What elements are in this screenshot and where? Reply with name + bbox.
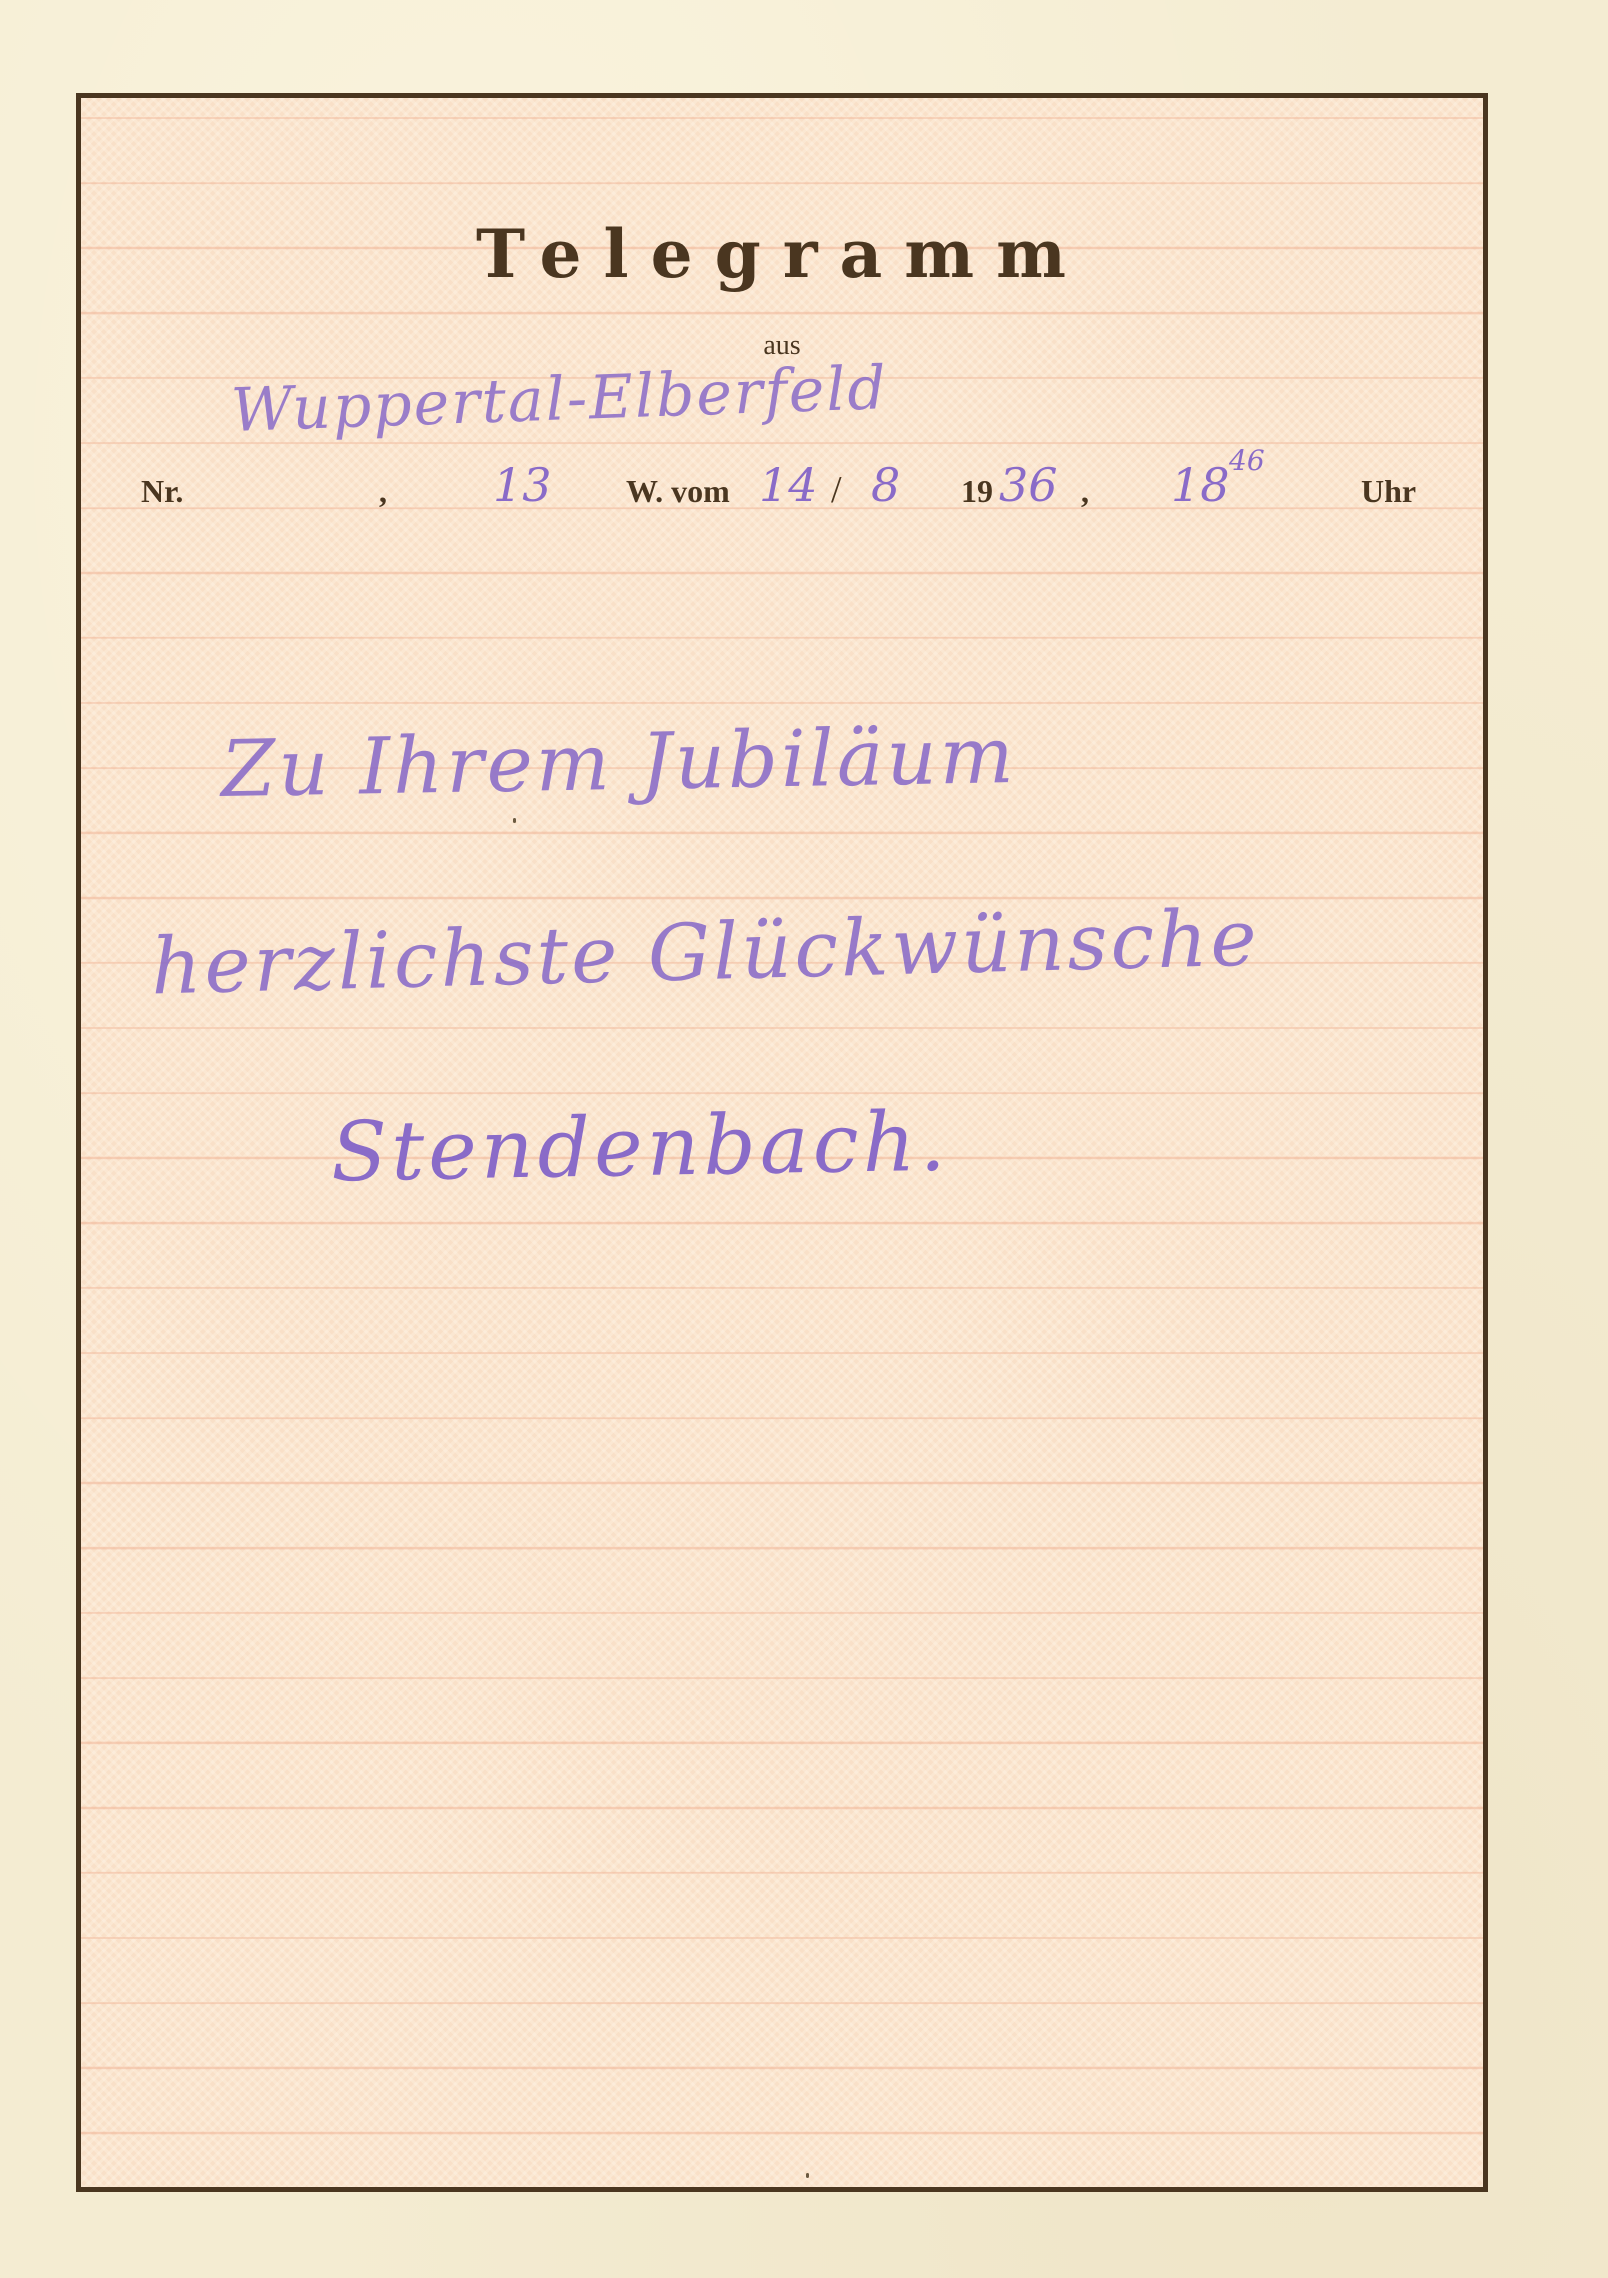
- w-vom-label: W. vom: [626, 473, 730, 510]
- telegram-form: Telegramm aus Wuppertal-Elberfeld Nr. , …: [76, 93, 1488, 2192]
- month-handwritten: 8: [871, 458, 900, 512]
- ink-speck: [513, 818, 516, 823]
- time-hour-handwritten: 18: [1171, 458, 1230, 512]
- year-suffix-handwritten: 36: [999, 458, 1058, 512]
- signature-handwritten: Stendenbach.: [330, 1095, 950, 1201]
- year-prefix: 19: [961, 473, 993, 510]
- comma-separator: ,: [379, 473, 387, 510]
- uhr-label: Uhr: [1361, 473, 1416, 510]
- form-title: Telegramm: [81, 215, 1483, 293]
- time-minutes-handwritten: 46: [1229, 444, 1265, 477]
- ink-speck: [806, 2173, 809, 2178]
- nr-label: Nr.: [141, 473, 183, 510]
- origin-place-handwritten: Wuppertal-Elberfeld: [230, 353, 889, 446]
- date-slash: /: [831, 468, 842, 512]
- message-line-2: herzlichste Glückwünsche: [150, 894, 1261, 1013]
- comma-separator-2: ,: [1081, 473, 1089, 510]
- message-line-1: Zu Ihrem Jubiläum: [220, 711, 1017, 815]
- word-count-handwritten: 13: [493, 458, 552, 512]
- day-handwritten: 14: [759, 458, 818, 512]
